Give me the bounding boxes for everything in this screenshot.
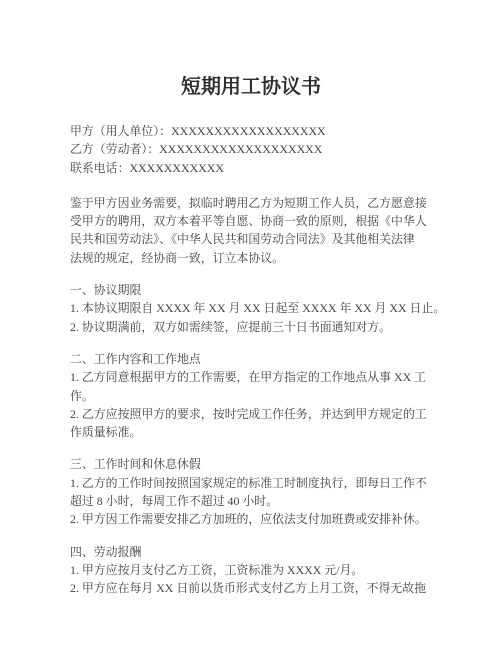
doc-line: 1. 本协议期限自 XXXX 年 XX 月 XX 日起至 XXXX 年 XX 月…: [70, 299, 432, 317]
section-1: 一、协议期限1. 本协议期限自 XXXX 年 XX 月 XX 日起至 XXXX …: [70, 281, 432, 336]
intro-line: 受甲方的聘用，双方本着平等自愿、协商一致的原则，根据《中华人: [70, 212, 432, 230]
sections: 一、协议期限1. 本协议期限自 XXXX 年 XX 月 XX 日起至 XXXX …: [70, 281, 432, 597]
section-heading: 三、工作时间和休息休假: [70, 455, 432, 473]
doc-line: 作。: [70, 387, 432, 405]
doc-line: 超过 8 小时，每周工作不超过 40 小时。: [70, 492, 432, 510]
section-heading: 四、劳动报酬: [70, 543, 432, 561]
intro-line: 法规的规定，经协商一致，订立本协议。: [70, 249, 432, 267]
document-title: 短期用工协议书: [70, 76, 432, 98]
section-heading: 二、工作内容和工作地点: [70, 350, 432, 368]
party-line: 乙方（劳动者）：XXXXXXXXXXXXXXXXXXX: [70, 140, 432, 158]
document-page: 短期用工协议书 甲方（用人单位）：XXXXXXXXXXXXXXXXXX乙方（劳动…: [0, 0, 500, 647]
party-info: 甲方（用人单位）：XXXXXXXXXXXXXXXXXX乙方（劳动者）：XXXXX…: [70, 122, 432, 177]
doc-line: 作质量标准。: [70, 423, 432, 441]
intro-paragraph: 鉴于甲方因业务需要，拟临时聘用乙方为短期工作人员，乙方愿意接受甲方的聘用，双方本…: [70, 194, 432, 267]
intro-line: 民共和国劳动法》、《中华人民共和国劳动合同法》及其他相关法律: [70, 230, 432, 248]
section-4: 四、劳动报酬1. 甲方应按月支付乙方工资，工资标准为 XXXX 元/月。2. 甲…: [70, 543, 432, 598]
party-line: 甲方（用人单位）：XXXXXXXXXXXXXXXXXX: [70, 122, 432, 140]
doc-line: 2. 甲方应在每月 XX 日前以货币形式支付乙方上月工资，不得无故拖: [70, 579, 432, 597]
doc-line: 2. 甲方因工作需要安排乙方加班的，应依法支付加班费或安排补休。: [70, 510, 432, 528]
section-2: 二、工作内容和工作地点1. 乙方同意根据甲方的工作需要，在甲方指定的工作地点从事…: [70, 350, 432, 441]
doc-line: 2. 乙方应按照甲方的要求，按时完成工作任务，并达到甲方规定的工: [70, 405, 432, 423]
section-3: 三、工作时间和休息休假1. 乙方的工作时间按照国家规定的标准工时制度执行，即每日…: [70, 455, 432, 528]
section-heading: 一、协议期限: [70, 281, 432, 299]
doc-line: 2. 协议期满前，双方如需续签，应提前三十日书面通知对方。: [70, 318, 432, 336]
party-line: 联系电话：XXXXXXXXXXX: [70, 159, 432, 177]
doc-line: 1. 乙方的工作时间按照国家规定的标准工时制度执行，即每日工作不: [70, 474, 432, 492]
doc-line: 1. 乙方同意根据甲方的工作需要，在甲方指定的工作地点从事 XX 工: [70, 368, 432, 386]
doc-line: 1. 甲方应按月支付乙方工资，工资标准为 XXXX 元/月。: [70, 561, 432, 579]
intro-line: 鉴于甲方因业务需要，拟临时聘用乙方为短期工作人员，乙方愿意接: [70, 194, 432, 212]
